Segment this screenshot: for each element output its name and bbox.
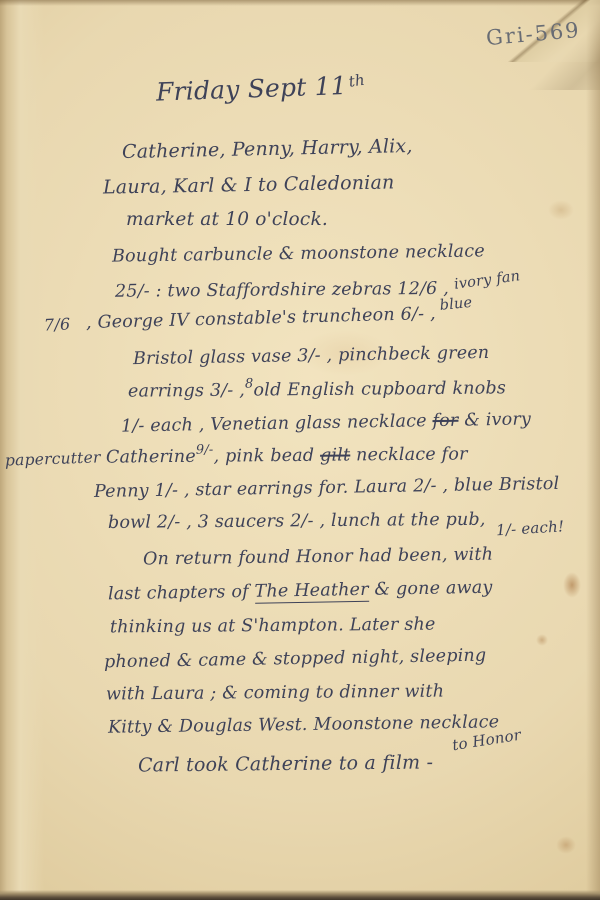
foxing-stain — [556, 836, 576, 854]
line-14-text-continued: & gone away — [369, 578, 493, 600]
diary-line-13: On return found Honor had been, with — [143, 547, 493, 569]
margin-note-papercutter: papercutter — [5, 450, 101, 469]
diary-line-15: thinking us at S'hampton. Later she — [110, 617, 436, 637]
line-6-text: , George IV constable's truncheon 6/- , — [86, 304, 436, 333]
line-10-text-continued: , pink bead — [213, 446, 320, 467]
line-5-inserted-text: ivory fan — [453, 269, 521, 292]
foxing-stain — [563, 572, 581, 598]
line-10-inserted-price: 9/- — [196, 444, 214, 457]
page-title: Friday Sept 11th — [156, 72, 366, 104]
line-8-inserted-number: 8 — [245, 378, 254, 391]
diary-line-12: bowl 2/- , 3 saucers 2/- , lunch at the … — [108, 511, 564, 532]
line-8-text-continued: old English cupboard knobs — [253, 378, 506, 400]
line-9-text-continued: & ivory — [458, 409, 531, 430]
title-ordinal-suffix: th — [348, 73, 366, 90]
line-10-text-end: necklace for — [350, 444, 467, 465]
line-14-text: last chapters of — [108, 582, 255, 605]
line-10-struck-word: gilt — [320, 445, 350, 465]
line-8-text: earrings 3/- , — [128, 381, 245, 402]
diary-line-2: Laura, Karl & I to Caledonian — [103, 173, 395, 197]
diary-line-16: phoned & came & stopped night, sleeping — [104, 648, 487, 672]
diary-line-10: Catherine9/-, pink bead gilt necklace fo… — [106, 446, 468, 467]
line-10-text: Catherine — [106, 447, 196, 468]
page-right-edge — [586, 0, 600, 900]
line-9-struck-word: for — [432, 411, 458, 431]
diary-line-19: Carl took Catherine to a film - — [138, 753, 433, 775]
page-bottom-edge — [0, 890, 600, 900]
foxing-stain — [536, 634, 548, 646]
diary-line-7: Bristol glass vase 3/- , pinchbeck green — [133, 345, 490, 369]
diary-line-17: with Laura ; & coming to dinner with — [106, 684, 444, 704]
diary-line-3: market at 10 o'clock. — [126, 211, 328, 230]
diary-line-8: earrings 3/- ,8old English cupboard knob… — [128, 380, 506, 401]
diary-line-1: Catherine, Penny, Harry, Alix, — [122, 137, 413, 162]
line-9-text: 1/- each , Venetian glass necklace — [121, 411, 433, 436]
diary-line-14: last chapters of The Heather & gone away — [108, 580, 493, 604]
line-12-inserted-text: 1/- each! — [495, 519, 564, 538]
line-12-text: bowl 2/- , 3 saucers 2/- , lunch at the … — [108, 510, 486, 533]
margin-price-note: 7/6 — [44, 316, 71, 333]
diary-line-4: Bought carbuncle & moonstone necklace — [112, 243, 485, 266]
diary-line-11: Penny 1/- , star earrings for. Laura 2/-… — [94, 476, 560, 502]
line-5-text: 25/- : two Staffordshire zebras 12/6 , — [115, 279, 449, 302]
line-14-underlined-title: The Heather — [254, 580, 369, 604]
line-6-inserted-text: blue — [439, 296, 473, 314]
foxing-stain — [548, 200, 574, 220]
diary-line-18: Kitty & Douglas West. Moonstone necklace — [108, 714, 499, 737]
title-text: Friday Sept 11 — [156, 71, 348, 107]
diary-line-6: , George IV constable's truncheon 6/- ,b… — [86, 305, 473, 333]
diary-page: Gri-569 Friday Sept 11th Catherine, Penn… — [0, 0, 600, 900]
diary-line-9: 1/- each , Venetian glass necklace for &… — [121, 411, 531, 436]
